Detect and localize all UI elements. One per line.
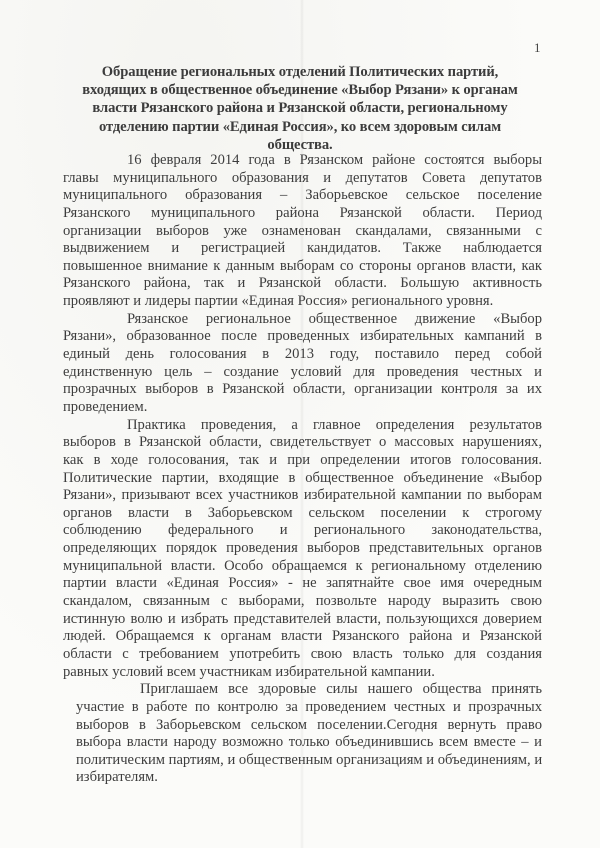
- text-line: участие в работе по контролю за проведен…: [63, 699, 542, 717]
- text-line: Рязанского района, так и Рязанской облас…: [63, 275, 542, 293]
- text-line: истинную волю и избрать представителей в…: [63, 611, 542, 629]
- text-line: соблюдению федерального и регионального …: [63, 522, 542, 540]
- text-line: партии власти «Единая Россия» - не запят…: [63, 575, 542, 593]
- text-line: выдвижением и регистрацией кандидатов. Т…: [63, 240, 542, 258]
- text-line: Рязанское региональное общественное движ…: [63, 311, 542, 329]
- text-line: Практика проведения, а главное определен…: [63, 417, 542, 435]
- paragraph-invitation: Приглашаем все здоровые силы нашего обще…: [63, 681, 542, 787]
- paragraph-appeal-to-authorities: Практика проведения, а главное определен…: [63, 417, 542, 682]
- text-line: прозрачных выборов в Рязанской области, …: [63, 381, 542, 399]
- text-line: избирателям.: [63, 769, 542, 787]
- text-line: проведением.: [63, 399, 542, 417]
- text-line: политическим партиям, и общественным орг…: [63, 752, 542, 770]
- text-line: проявляют и лидеры партии «Единая Россия…: [63, 293, 542, 311]
- text-line: повышенное внимание к данным выборам со …: [63, 258, 542, 276]
- page-number: 1: [534, 40, 541, 56]
- text-line: организации выборов уже ознаменован скан…: [63, 223, 542, 241]
- text-line: единственную цель – создание условий для…: [63, 364, 542, 382]
- text-line: Политические партии, входящие в обществе…: [63, 470, 542, 488]
- text-line: выбора власти народу возможно только объ…: [63, 734, 542, 752]
- title-line: входящих в общественное объединение «Выб…: [60, 81, 540, 99]
- title-line: отделению партии «Единая Россия», ко все…: [60, 118, 540, 136]
- text-line: муниципального образования – Заборьевско…: [63, 187, 542, 205]
- title-line: Обращение региональных отделений Политич…: [60, 63, 540, 81]
- text-line: как в ходе голосования, так и при опреде…: [63, 452, 542, 470]
- text-line: выборов в Рязанской области, свидетельст…: [63, 434, 542, 452]
- text-line: Рязани», образованное после проведенных …: [63, 328, 542, 346]
- text-line: равных условий всем участникам избирател…: [63, 664, 542, 682]
- document-title: Обращение региональных отделений Политич…: [60, 63, 540, 154]
- text-line: области с требованием употребить свою вл…: [63, 646, 542, 664]
- text-line: органов власти в Заборьевском сельском п…: [63, 505, 542, 523]
- text-line: выборов в Заборьевском сельском поселени…: [63, 717, 542, 735]
- text-line: Рязани», призывают всех участников избир…: [63, 487, 542, 505]
- text-line: главы муниципального образования и депут…: [63, 170, 542, 188]
- document-body: 16 февраля 2014 года в Рязанском районе …: [63, 152, 542, 787]
- text-line: Приглашаем все здоровые силы нашего обще…: [63, 681, 542, 699]
- document-page: 1 Обращение региональных отделений Полит…: [0, 0, 600, 848]
- text-line: Рязанского муниципального района Рязанск…: [63, 205, 542, 223]
- text-line: единый день голосования в 2013 году, пос…: [63, 346, 542, 364]
- text-line: 16 февраля 2014 года в Рязанском районе …: [63, 152, 542, 170]
- paragraph-movement-goal: Рязанское региональное общественное движ…: [63, 311, 542, 417]
- text-line: людей. Обращаемся к органам власти Рязан…: [63, 628, 542, 646]
- paragraph-elections-announcement: 16 февраля 2014 года в Рязанском районе …: [63, 152, 542, 311]
- text-line: определяющих порядок проведения выборов …: [63, 540, 542, 558]
- title-line: власти Рязанского района и Рязанской обл…: [60, 99, 540, 117]
- text-line: муниципальной власти. Особо обращаемся к…: [63, 558, 542, 576]
- text-line: скандалом, связанным с выборами, позволь…: [63, 593, 542, 611]
